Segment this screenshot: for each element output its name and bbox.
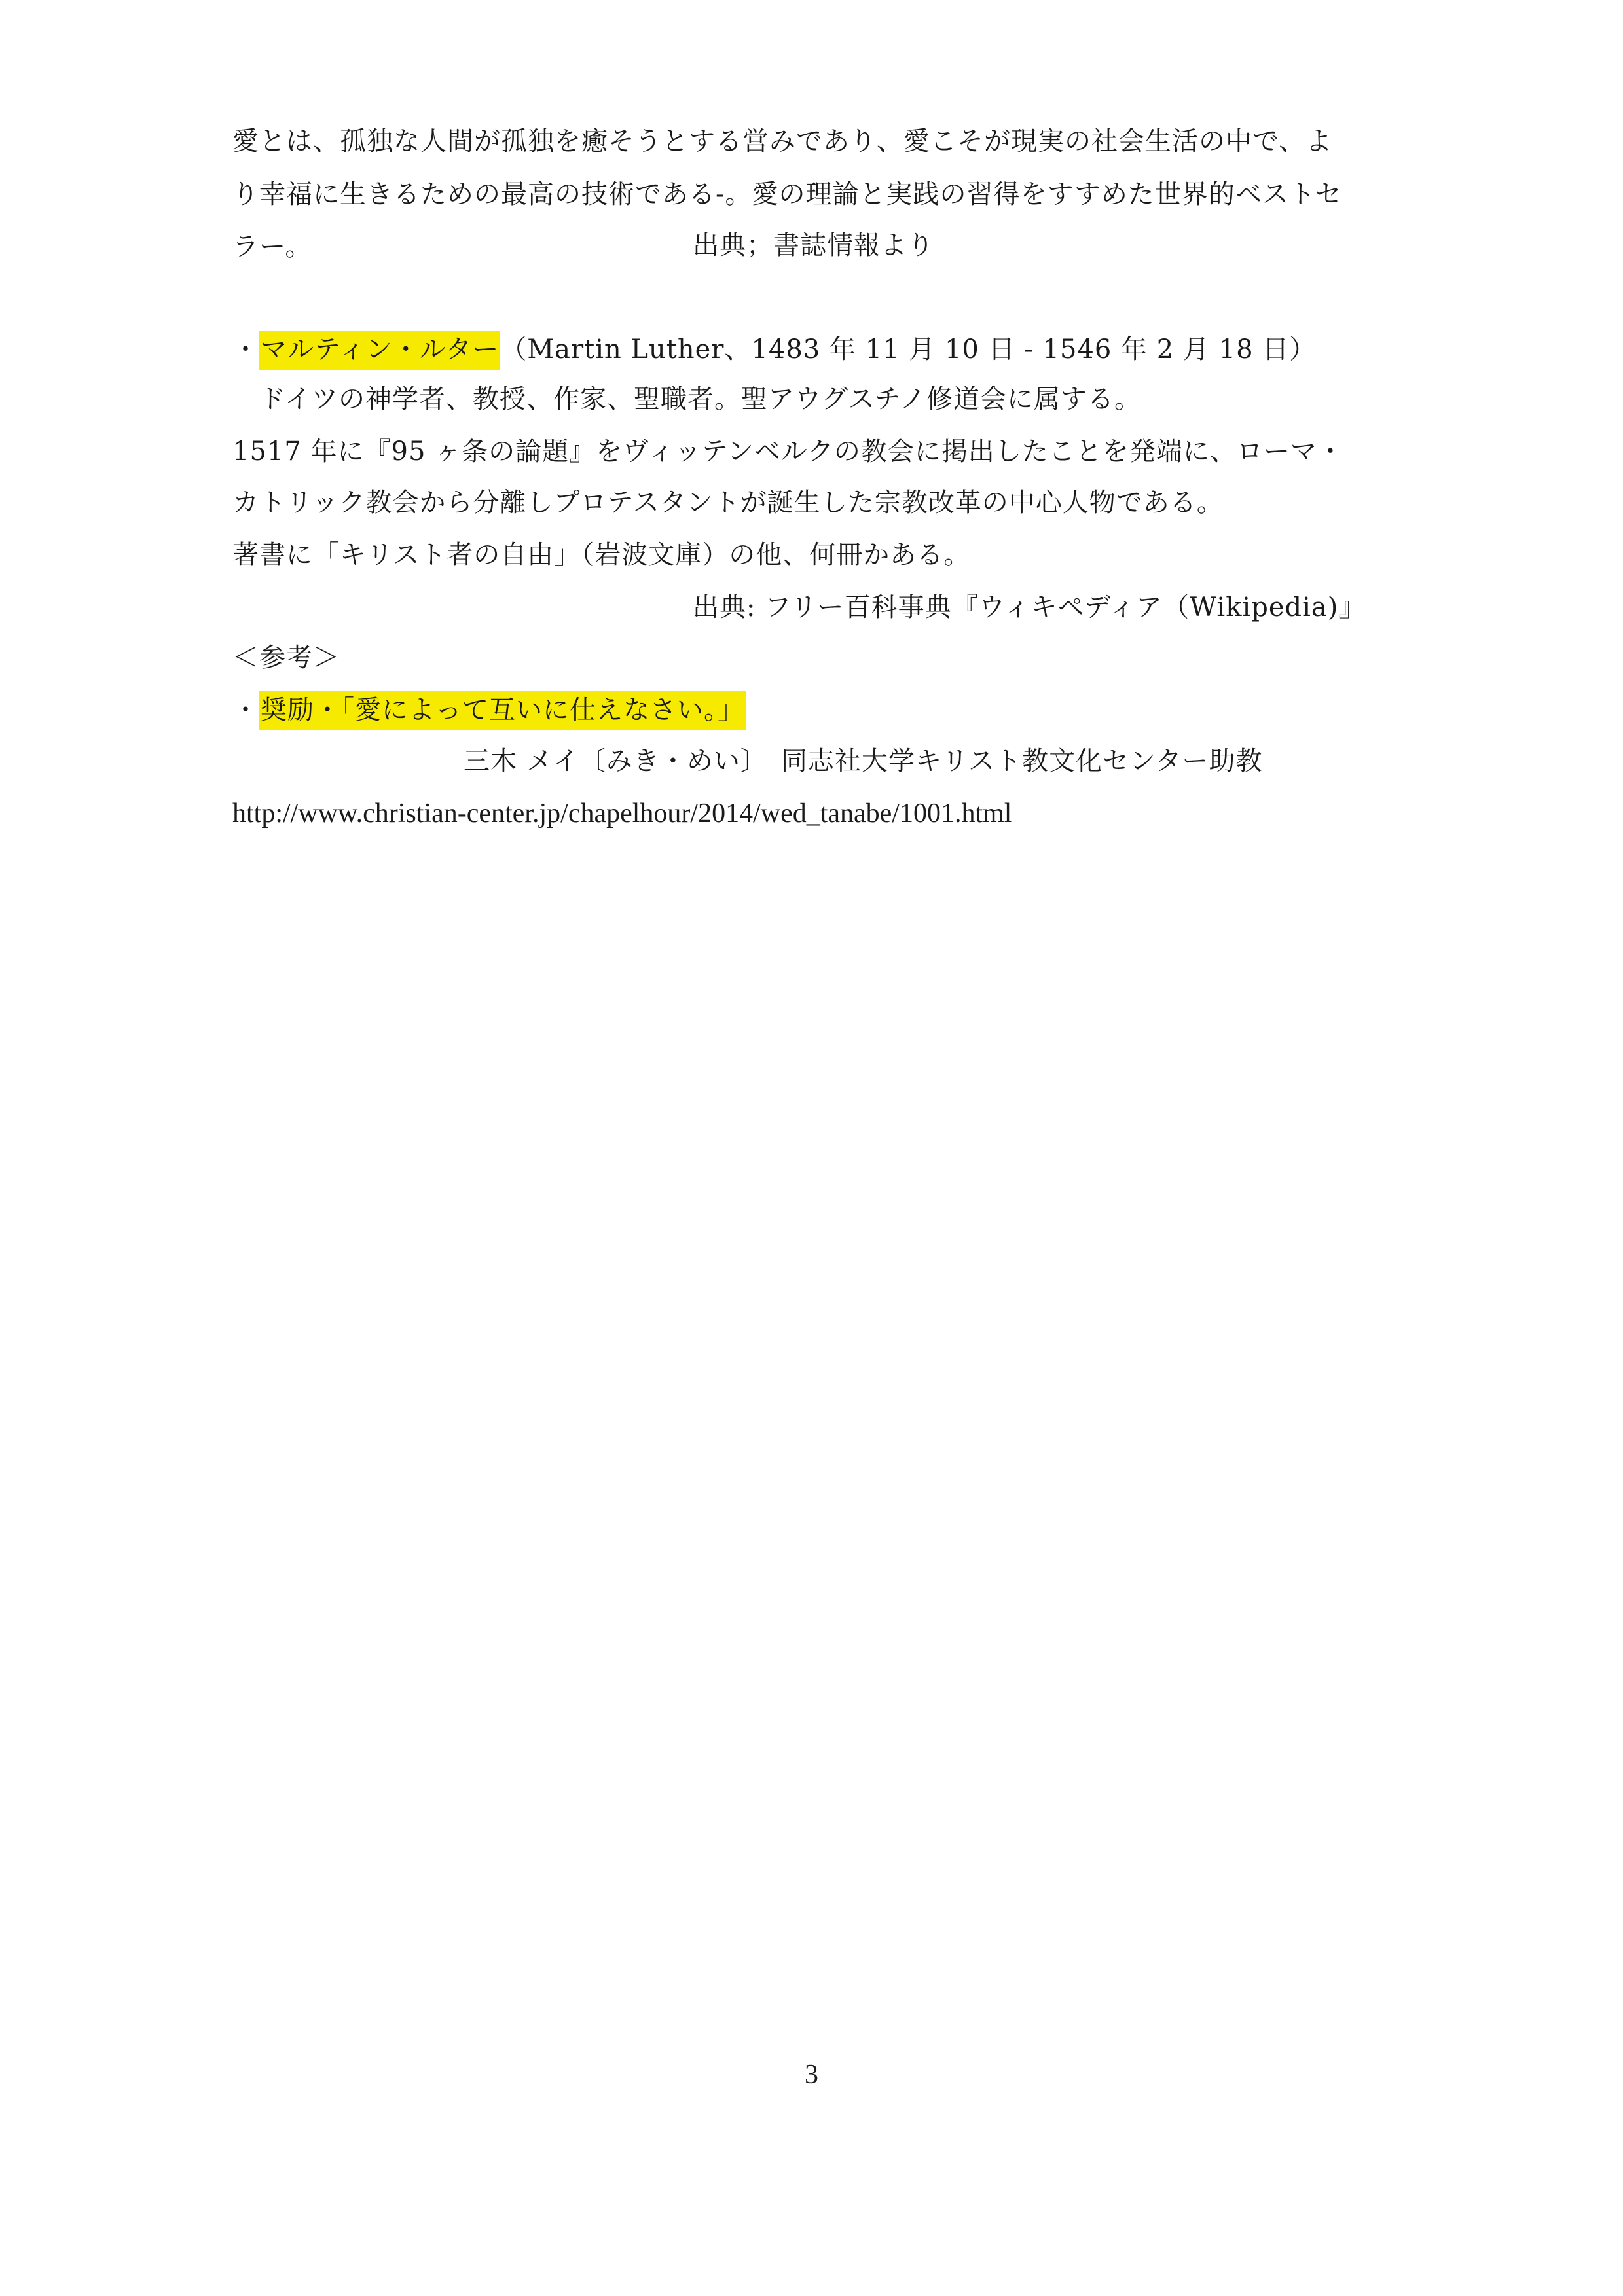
luther-line-1: ドイツの神学者、教授、作家、聖職者。聖アウグスチノ修道会に属する。 — [232, 380, 1141, 419]
luther-line-2: 1517 年に『95 ヶ条の論題』をヴィッテンベルクの教会に掲出したことを発端に… — [232, 432, 1344, 471]
intro-line-1: 愛とは、孤独な人間が孤独を癒そうとする営みであり、愛こそが現実の社会生活の中で、… — [232, 122, 1332, 161]
intro-source-citation: 出典；書誌情報より — [693, 226, 934, 265]
reference-author: 三木 メイ〔みき・めい〕 同志社大学キリスト教文化センター助教 — [464, 742, 1263, 781]
document-page: 愛とは、孤独な人間が孤独を癒そうとする営みであり、愛こそが現実の社会生活の中で、… — [0, 0, 1623, 2296]
bullet: ・ — [232, 334, 259, 365]
intro-line-2: り幸福に生きるための最高の技術である-。愛の理論と実践の習得をすすめた世界的ベス… — [232, 175, 1342, 214]
luther-source-citation: 出典: フリー百科事典『ウィキペディア（Wikipedia)』 — [693, 588, 1365, 627]
luther-line-3: カトリック教会から分離しプロテスタントが誕生した宗教改革の中心人物である。 — [232, 483, 1224, 522]
intro-line-3: ラー。 — [232, 227, 312, 266]
reference-url[interactable]: http://www.christian-center.jp/chapelhou… — [232, 794, 1012, 833]
luther-name-detail: （Martin Luther、1483 年 11 月 10 日 - 1546 年… — [500, 334, 1316, 365]
highlighted-name-luther: マルティン・ルター — [259, 331, 500, 370]
reference-item-line: ・奨励・「愛によって互いに仕えなさい。」 — [232, 691, 746, 730]
page-number: 3 — [805, 2058, 818, 2091]
luther-heading-line: ・マルティン・ルター（Martin Luther、1483 年 11 月 10 … — [232, 330, 1316, 369]
highlighted-sermon-title: 奨励・「愛によって互いに仕えなさい。」 — [259, 691, 746, 730]
luther-line-4: 著書に「キリスト者の自由」（岩波文庫）の他、何冊かある。 — [232, 535, 970, 575]
bullet: ・ — [232, 695, 259, 725]
reference-heading: ＜参考＞ — [232, 638, 340, 677]
